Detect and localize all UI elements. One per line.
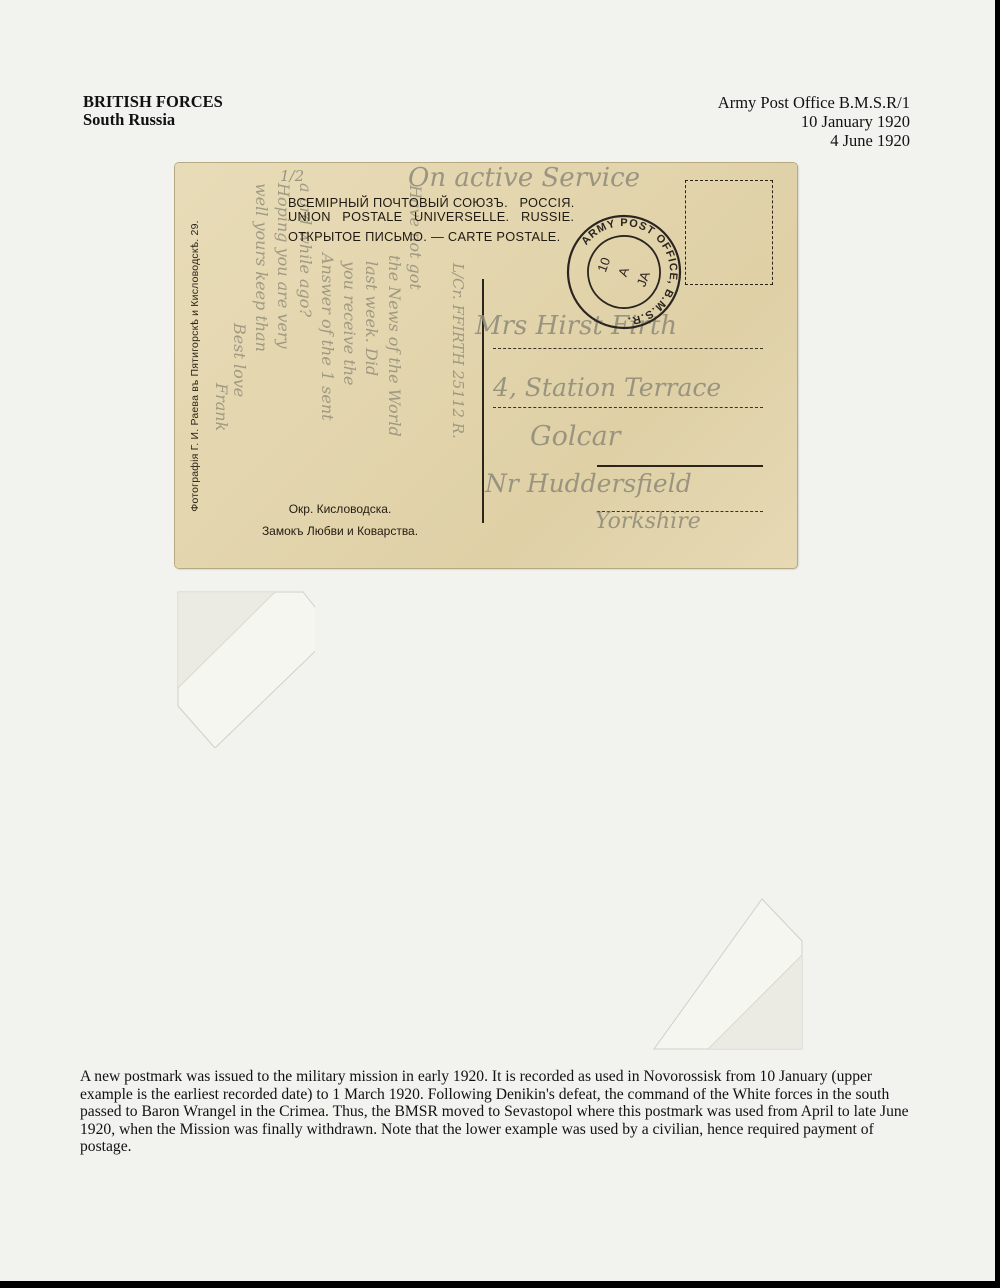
- message-line: last week. Did: [362, 261, 381, 376]
- message-line: Answer of the 1 sent: [318, 253, 337, 421]
- photo-mount-corner-upper: [175, 588, 315, 748]
- upu-heading-postcard: ОТКРЫТОЕ ПИСЬМО. — CARTE POSTALE.: [288, 230, 575, 244]
- upu-heading: ВСЕМIРНЫЙ ПОЧТОВЫЙ СОЮЗЪ. РОССIЯ. UNION …: [288, 196, 575, 244]
- page-header-right: Army Post Office B.M.S.R/1 10 January 19…: [718, 93, 910, 150]
- postmark-month: JA: [634, 269, 653, 289]
- photo-mount-corner-lower: [640, 895, 805, 1055]
- message-line: well yours keep than: [252, 183, 271, 352]
- handwritten-page-number: 1/2: [280, 167, 304, 185]
- address-rule: [597, 465, 763, 467]
- caption-title: Замокъ Любви и Коварства.: [215, 520, 465, 542]
- stamp-box: [685, 180, 773, 285]
- description-paragraph: A new postmark was issued to the militar…: [80, 1068, 920, 1156]
- handwritten-on-active-service: On active Service: [408, 163, 640, 193]
- message-line: Frank: [212, 383, 231, 431]
- header-post-office: Army Post Office B.M.S.R/1: [718, 93, 910, 112]
- header-date-2: 4 June 1920: [718, 131, 910, 150]
- address-line: 4, Station Terrace: [493, 373, 721, 402]
- army-post-office-postmark: ARMY POST OFFICE, B.M.S.R. 10 A JA: [565, 213, 683, 331]
- upu-heading-french: UNION POSTALE UNIVERSELLE. RUSSIE.: [288, 210, 575, 224]
- header-title: BRITISH FORCES: [83, 93, 223, 111]
- address-rule: [493, 348, 763, 349]
- address-line: Golcar: [530, 421, 621, 452]
- caption-location: Окр. Кисловодска.: [215, 498, 465, 520]
- address-line: Yorkshire: [595, 509, 701, 534]
- album-page: BRITISH FORCES South Russia Army Post Of…: [0, 0, 995, 1281]
- message-line: you receive the: [340, 261, 359, 386]
- postmark-day: 10: [594, 255, 613, 274]
- page-header-left: BRITISH FORCES South Russia: [83, 93, 223, 129]
- header-date-1: 10 January 1920: [718, 112, 910, 131]
- message-line: Best love: [230, 323, 249, 397]
- header-subtitle: South Russia: [83, 111, 223, 129]
- postcard-caption: Окр. Кисловодска. Замокъ Любви и Коварст…: [215, 498, 465, 542]
- sender-line: L/Cr. FFIRTH 25112 R.: [449, 263, 467, 439]
- upu-heading-russian: ВСЕМIРНЫЙ ПОЧТОВЫЙ СОЮЗЪ. РОССIЯ.: [288, 196, 575, 210]
- publisher-imprint: Фотографiя Г. И. Раева въ Пятигорскѣ и К…: [175, 178, 215, 553]
- address-line: Nr Huddersfield: [485, 469, 692, 498]
- postcard: Фотографiя Г. И. Раева въ Пятигорскѣ и К…: [175, 163, 797, 568]
- message-line: the News of the World: [385, 255, 404, 437]
- postmark-time: A: [615, 265, 632, 279]
- address-rule: [493, 407, 763, 408]
- publisher-imprint-text: Фотографiя Г. И. Раева въ Пятигорскѣ и К…: [189, 220, 201, 511]
